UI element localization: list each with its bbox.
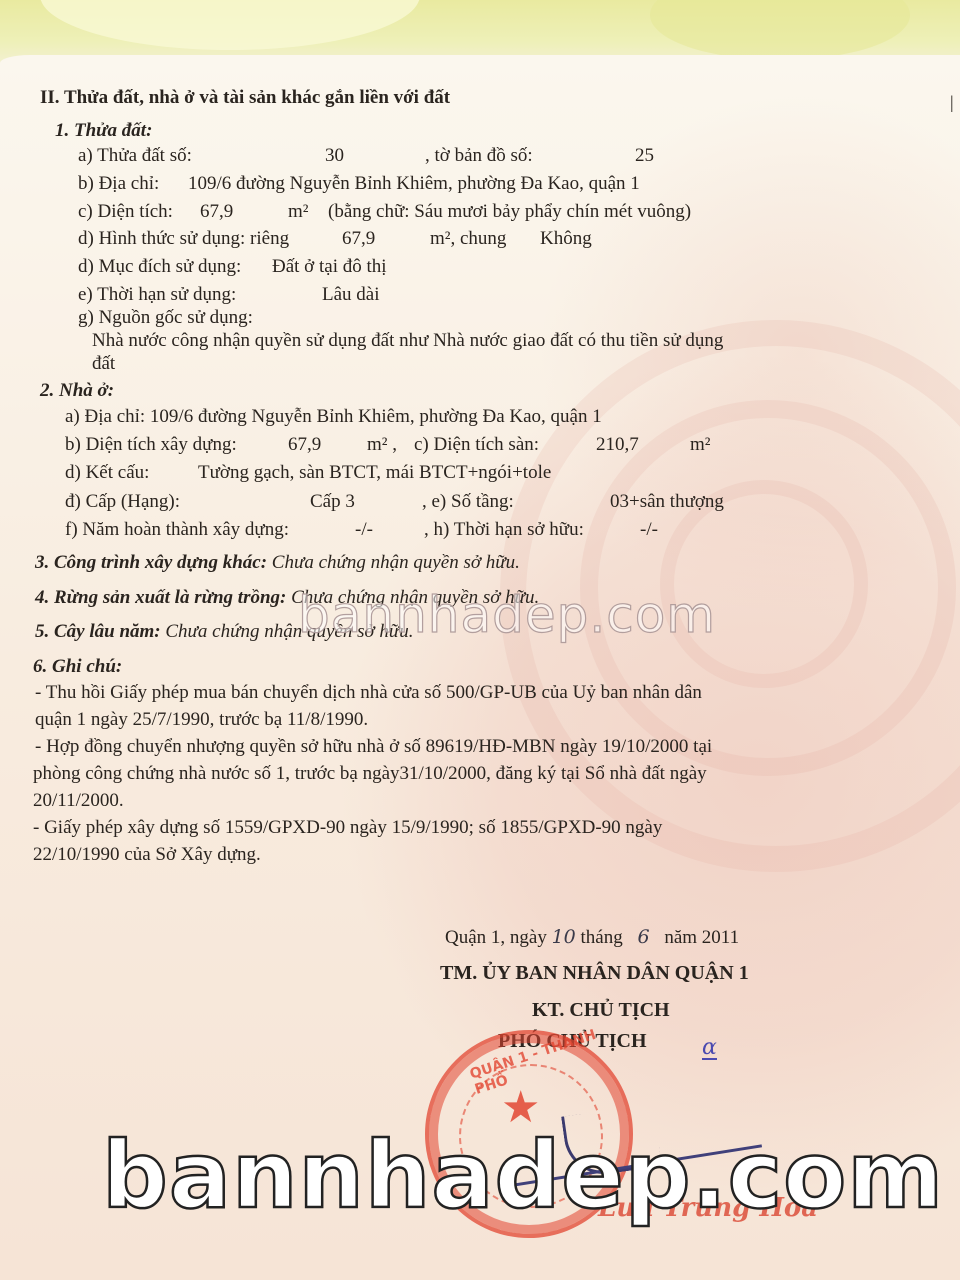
parcel-label: a) Thửa đất số: [78, 145, 192, 166]
certificate-page: | II. Thửa đất, nhà ở và tài sản khác gắ… [0, 0, 960, 1280]
perennial-label: 5. Cây lâu năm: [35, 621, 161, 642]
grade-label: đ) Cấp (Hạng): [65, 491, 180, 513]
land-heading: 1. Thửa đất: [55, 120, 152, 142]
completion-value: -/- [355, 519, 373, 541]
floors-value: 03+sân thượng [610, 491, 724, 513]
land-area-value: 67,9 [200, 201, 233, 223]
land-area-words: (bằng chữ: Sáu mươi bảy phẩy chín mét vu… [328, 201, 691, 223]
parcel-number: 30 [325, 145, 344, 167]
purpose-value: Đất ở tại đô thị [272, 256, 387, 278]
built-area-label: b) Diện tích xây dựng: [65, 434, 237, 456]
note-line: - Thu hồi Giấy phép mua bán chuyển dịch … [35, 682, 702, 704]
issue-day: 10 [552, 926, 576, 948]
house-heading: 2. Nhà ở: [40, 380, 114, 402]
forest-label: 4. Rừng sản xuất là rừng trồng: [35, 587, 286, 608]
land-area-unit: m² [288, 201, 308, 223]
built-area-value: 67,9 [288, 434, 321, 456]
watermark-bold: bannhadep.com [102, 1122, 944, 1229]
built-area-unit: m² , [367, 434, 397, 456]
structure-value: Tường gạch, sàn BTCT, mái BTCT+ngói+tole [198, 462, 551, 484]
note-line: - Giấy phép xây dựng số 1559/GPXD-90 ngà… [33, 817, 662, 839]
origin-line-2: đất [92, 353, 115, 375]
note-line: - Hợp đồng chuyển nhượng quyền sở hữu nh… [35, 736, 712, 758]
house-address: a) Địa chỉ: 109/6 đường Nguyễn Bỉnh Khiê… [65, 406, 602, 428]
floors-label: , e) Số tầng: [422, 491, 514, 513]
notes-heading: 6. Ghi chú: [33, 656, 122, 678]
structure-label: d) Kết cấu: [65, 462, 149, 484]
usage-form-label: d) Hình thức sử dụng: riêng [78, 228, 289, 250]
note-line: quận 1 ngày 25/7/1990, trước bạ 11/8/199… [35, 709, 368, 731]
purpose-label: d) Mục đích sử dụng: [78, 256, 241, 278]
note-line: phòng công chứng nhà nước số 1, trước bạ… [33, 763, 707, 785]
initial-mark: ɑ [702, 1038, 717, 1060]
authority-name: TM. ỦY BAN NHÂN DÂN QUẬN 1 [440, 962, 749, 985]
section-title: II. Thửa đất, nhà ở và tài sản khác gắn … [40, 87, 450, 109]
note-line: 20/11/2000. [33, 790, 124, 812]
issue-date: Quận 1, ngày 10 tháng 6 năm 2011 [445, 926, 739, 949]
origin-label: g) Nguồn gốc sử dụng: [78, 307, 253, 329]
map-sheet-number: 25 [635, 145, 654, 167]
ownership-term-value: -/- [640, 519, 658, 541]
map-sheet-label: , tờ bản đồ số: [425, 145, 533, 167]
ownership-term-label: , h) Thời hạn sở hữu: [424, 519, 584, 541]
usage-private-value: 67,9 [342, 228, 375, 250]
term-label: e) Thời hạn sử dụng: [78, 284, 236, 306]
note-line: 22/10/1990 của Sở Xây dựng. [33, 844, 261, 866]
issue-place: Quận 1, ngày [445, 927, 547, 948]
floor-area-unit: m² [690, 434, 710, 456]
issue-month: 6 [638, 926, 650, 948]
other-works-label: 3. Công trình xây dựng khác: [35, 552, 267, 573]
land-area-label: c) Diện tích: [78, 201, 173, 223]
land-address: 109/6 đường Nguyễn Bỉnh Khiêm, phường Đa… [188, 173, 640, 195]
on-behalf-title: KT. CHỦ TỊCH [532, 999, 670, 1022]
land-address-label: b) Địa chỉ: [78, 173, 159, 195]
other-works-row: 3. Công trình xây dựng khác: Chưa chứng … [35, 552, 520, 574]
term-value: Lâu dài [322, 284, 380, 306]
parcel-row: a) Thửa đất số: [78, 145, 192, 167]
page-edge-mark: | [950, 92, 954, 113]
issue-year: năm 2011 [664, 927, 739, 948]
usage-shared-label: m², chung [430, 228, 506, 250]
other-works-value: Chưa chứng nhận quyền sở hữu. [272, 552, 520, 573]
usage-shared-value: Không [540, 228, 592, 250]
origin-line-1: Nhà nước công nhận quyền sử dụng đất như… [92, 330, 723, 352]
floor-area-value: 210,7 [596, 434, 639, 456]
watermark-faint: bannhadep.com [298, 586, 716, 644]
completion-label: f) Năm hoàn thành xây dựng: [65, 519, 289, 541]
grade-value: Cấp 3 [310, 491, 355, 513]
month-label: tháng [581, 927, 623, 948]
floor-area-label: c) Diện tích sàn: [414, 434, 539, 456]
